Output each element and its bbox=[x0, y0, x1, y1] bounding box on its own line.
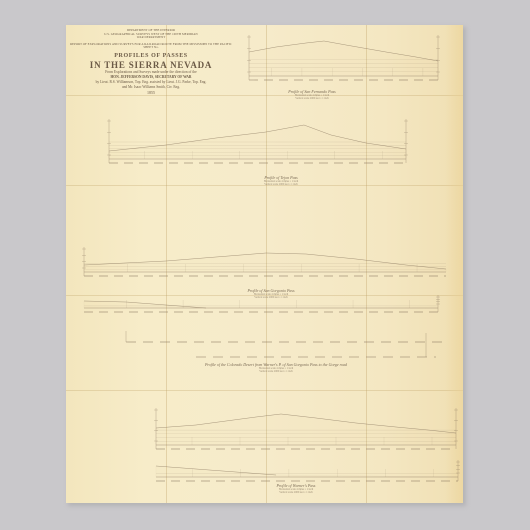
caption-scale: Vertical scale 2000 feet = 1 inch bbox=[252, 97, 372, 100]
profile-caption: Profile of San Gorgonio Pass Horizontal … bbox=[216, 288, 326, 299]
profile-caption: Profile of Tejon Pass Horizontal scale 4… bbox=[226, 175, 336, 186]
caption-scale: Vertical scale 2000 feet = 1 inch bbox=[226, 183, 336, 186]
profile-caption: Profile of San Fernando Pass Horizontal … bbox=[252, 89, 372, 100]
caption-scale: Vertical scale 2000 feet = 1 inch bbox=[171, 370, 381, 373]
caption-scale: Vertical scale 2000 feet = 1 inch bbox=[241, 491, 351, 494]
map-poster: DEPARTMENT OF THE INTERIOR U.S. GEOGRAPH… bbox=[66, 25, 463, 503]
profile-caption: Profile of Warner's Pass Horizontal scal… bbox=[241, 483, 351, 494]
profile-caption: Profile of the Colorado Desert from Warn… bbox=[171, 362, 381, 373]
caption-scale: Vertical scale 2000 feet = 1 inch bbox=[216, 296, 326, 299]
